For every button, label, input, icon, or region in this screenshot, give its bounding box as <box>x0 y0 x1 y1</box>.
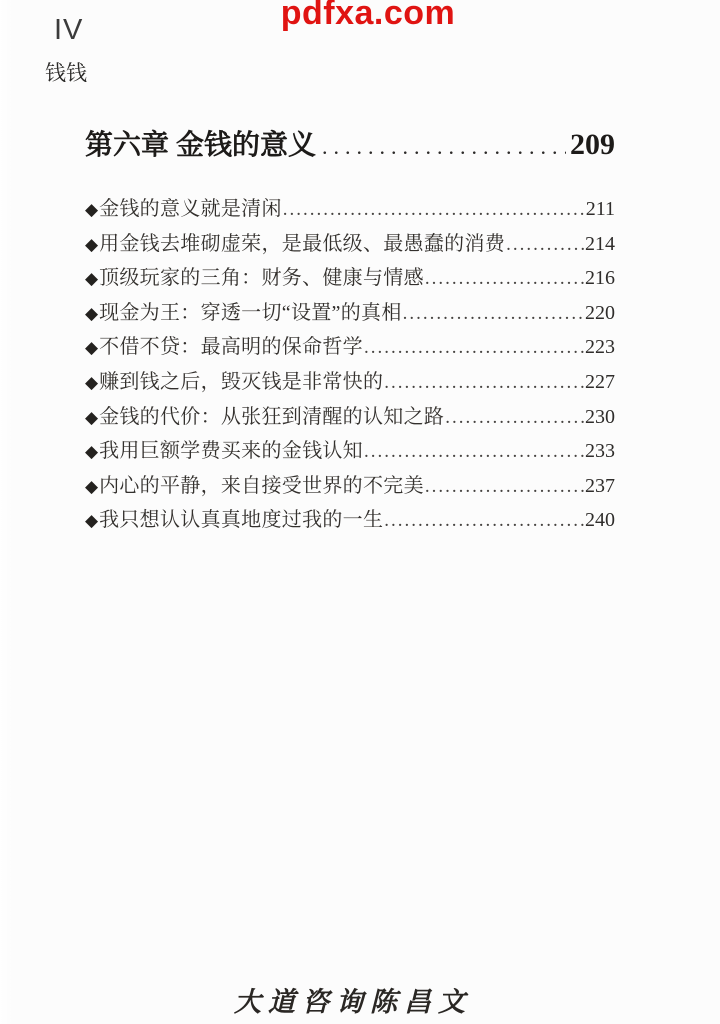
toc-entry-page: 233 <box>585 435 615 469</box>
dot-leader <box>425 470 584 505</box>
toc-entry-page: 220 <box>585 297 615 331</box>
toc-entry: ◆ 现金为王：穿透一切“设置”的真相 220 <box>85 297 615 332</box>
roman-page-number: IV <box>54 14 83 47</box>
toc-entry: ◆ 内心的平静，来自接受世界的不完美 237 <box>85 470 615 505</box>
toc-entry: ◆ 我用巨额学费买来的金钱认知 233 <box>85 435 615 470</box>
toc-entry-title: 内心的平静，来自接受世界的不完美 <box>99 470 424 504</box>
toc-entry-page: 214 <box>585 228 615 262</box>
running-header-title: 钱钱 <box>45 57 87 87</box>
toc-entry-title: 金钱的代价：从张狂到清醒的认知之路 <box>99 401 444 435</box>
chapter-title: 第六章 金钱的意义 <box>85 125 316 167</box>
toc-entry-page: 216 <box>585 262 615 296</box>
diamond-bullet-icon: ◆ <box>85 504 98 538</box>
toc-entry-page: 223 <box>585 331 615 365</box>
toc-entry-title: 顶级玩家的三角：财务、健康与情感 <box>99 262 424 296</box>
toc-entry: ◆ 金钱的意义就是清闲 211 <box>85 193 615 228</box>
dot-leader <box>425 262 584 297</box>
toc-list: ◆ 金钱的意义就是清闲 211 ◆ 用金钱去堆砌虚荣，是最低级、最愚蠢的消费 2… <box>85 193 615 539</box>
diamond-bullet-icon: ◆ <box>85 297 98 331</box>
toc-entry-page: 237 <box>585 470 615 504</box>
document-page: pdfxa.com IV 钱钱 第六章 金钱的意义 209 ◆ 金钱的意义就是清… <box>0 0 720 1024</box>
toc-entry-title: 金钱的意义就是清闲 <box>99 193 282 227</box>
toc-entry: ◆ 赚到钱之后，毁灭钱是非常快的 227 <box>85 366 615 401</box>
toc-entry-title: 我只想认认真真地度过我的一生 <box>99 504 383 538</box>
dot-leader <box>445 401 584 436</box>
dot-leader <box>364 331 584 366</box>
toc-entry-page: 230 <box>585 401 615 435</box>
dot-leader <box>506 228 584 263</box>
diamond-bullet-icon: ◆ <box>85 193 98 227</box>
watermark-text: pdfxa.com <box>8 0 720 33</box>
dot-leader <box>403 297 584 332</box>
toc-entry: ◆ 用金钱去堆砌虚荣，是最低级、最愚蠢的消费 214 <box>85 228 615 263</box>
toc-entry-title: 用金钱去堆砌虚荣，是最低级、最愚蠢的消费 <box>99 228 505 262</box>
diamond-bullet-icon: ◆ <box>85 228 98 262</box>
diamond-bullet-icon: ◆ <box>85 366 98 400</box>
diamond-bullet-icon: ◆ <box>85 262 98 296</box>
toc-entry-title: 我用巨额学费买来的金钱认知 <box>99 435 363 469</box>
diamond-bullet-icon: ◆ <box>85 401 98 435</box>
dot-leader <box>322 126 566 171</box>
toc-entry-page: 211 <box>586 193 615 227</box>
dot-leader <box>283 193 585 228</box>
toc-entry: ◆ 金钱的代价：从张狂到清醒的认知之路 230 <box>85 401 615 436</box>
toc-entry-title: 现金为王：穿透一切“设置”的真相 <box>99 297 402 331</box>
toc-entry: ◆ 我只想认认真真地度过我的一生 240 <box>85 504 615 539</box>
toc-entry-title: 不借不贷：最高明的保命哲学 <box>99 331 363 365</box>
dot-leader <box>364 435 584 470</box>
diamond-bullet-icon: ◆ <box>85 435 98 469</box>
toc-entry-page: 240 <box>585 504 615 538</box>
toc-entry-title: 赚到钱之后，毁灭钱是非常快的 <box>99 366 383 400</box>
dot-leader <box>384 366 584 401</box>
dot-leader <box>384 504 584 539</box>
toc-entry-page: 227 <box>585 366 615 400</box>
diamond-bullet-icon: ◆ <box>85 470 98 504</box>
chapter-page-number: 209 <box>570 124 615 166</box>
toc-entry: ◆ 不借不贷：最高明的保命哲学 223 <box>85 331 615 366</box>
publisher-signature: 大道咨询陈昌文 <box>0 980 713 1019</box>
chapter-heading-row: 第六章 金钱的意义 209 <box>85 124 615 171</box>
diamond-bullet-icon: ◆ <box>85 331 98 365</box>
toc-entry: ◆ 顶级玩家的三角：财务、健康与情感 216 <box>85 262 615 297</box>
toc-content: 第六章 金钱的意义 209 ◆ 金钱的意义就是清闲 211 ◆ 用金钱去堆砌虚荣… <box>85 124 615 539</box>
